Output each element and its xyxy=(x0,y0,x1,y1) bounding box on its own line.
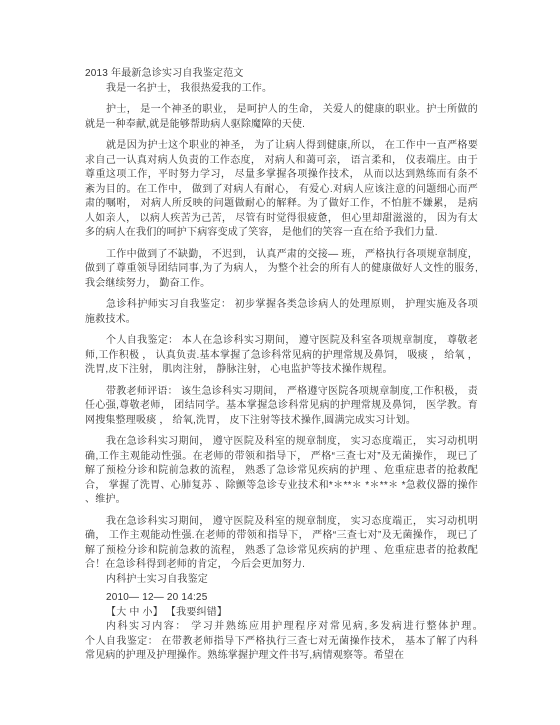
document-page: 2013 年最新急诊实习自我鉴定范文我是一名护士， 我很热爱我的工作。护士， 是… xyxy=(0,0,560,725)
doc-title: 2013 年最新急诊实习自我鉴定范文 xyxy=(85,67,478,82)
internal-medicine-title: 内科护士实习自我鉴定 xyxy=(85,573,478,588)
paragraph-nurse-profession: 护士， 是一个神圣的职业， 是呵护人的生命， 关爱人的健康的职业。护士所做的就是… xyxy=(85,103,478,132)
paragraph-work-discipline: 工作中做到了不缺勤， 不迟到， 认真严肃的交接— 班， 严格执行各项规章制度， … xyxy=(85,248,478,292)
paragraph-work-attitude: 就是因为护士这个职业的神圣， 为了让病人得到健康,所以， 在工作中一直严格要求自… xyxy=(85,139,478,241)
date-line: 2010— 12— 20 14:25 xyxy=(85,591,478,606)
paragraph-internal-medicine: 内科实习内容： 学习并熟练应用护理程序对常见病,多发病进行整体护理。 个人自我鉴… xyxy=(85,620,478,664)
font-size-and-correction-line: 【大 中 小】 【我要纠错】 xyxy=(85,606,478,621)
paragraph-er-internship-2: 我在急诊科实习期间， 遵守医院及科室的规章制度， 实习态度端正， 实习动机明确，… xyxy=(85,515,478,573)
document-body: 2013 年最新急诊实习自我鉴定范文我是一名护士， 我很热爱我的工作。护士， 是… xyxy=(85,67,478,664)
paragraph-personal-appraisal: 个人自我鉴定： 本人在急诊科实习期间， 遵守医院及科室各项规章制度， 尊敬老师,… xyxy=(85,334,478,378)
paragraph-er-internship-1: 我在急诊科实习期间， 遵守医院及科室的规章制度， 实习态度端正， 实习动机明确,… xyxy=(85,435,478,508)
intro-line: 我是一名护士， 我很热爱我的工作。 xyxy=(85,82,478,97)
paragraph-er-nurse-appraisal: 急诊科护师实习自我鉴定： 初步掌握各类急诊病人的处理原则， 护理实施及各项施救技… xyxy=(85,298,478,327)
paragraph-mentor-comment: 带教老师评语： 该生急诊科实习期间， 严格遵守医院各项规章制度,工作积极， 责任… xyxy=(85,385,478,429)
